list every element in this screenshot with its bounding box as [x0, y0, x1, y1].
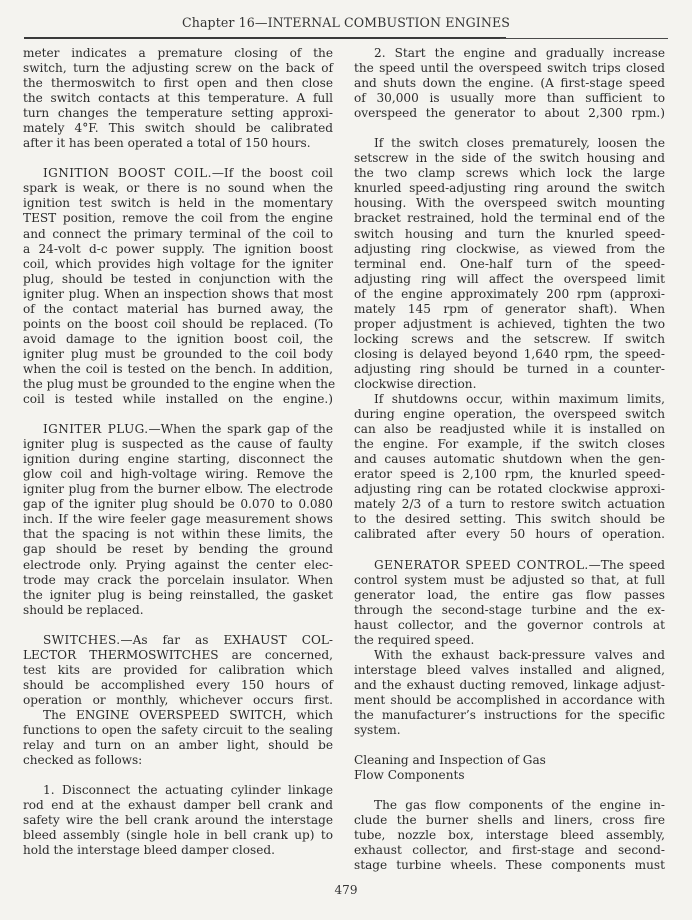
- section-heading: SWITCHES.: [43, 633, 121, 647]
- text-line: gap of the igniter plug should be 0.070 …: [23, 497, 333, 512]
- text-line: clude the burner shells and liners, cros…: [354, 813, 665, 828]
- section-igniter-plug: IGNITER PLUG.—When the spark gap of the …: [23, 422, 333, 618]
- text-line: should be replaced.: [23, 603, 333, 618]
- text-line: trode may crack the porcelain insulator.…: [23, 573, 333, 588]
- text-line: to the desired setting. This switch shou…: [354, 512, 665, 527]
- text-line: and shuts down the engine. (A first-stag…: [354, 76, 665, 91]
- text-line: mately 4°F. This switch should be calibr…: [23, 121, 333, 136]
- text-line: proper adjustment is achieved, tighten t…: [354, 317, 665, 332]
- text-line: avoid damage to the ignition boost coil,…: [23, 332, 333, 347]
- page-number: 479: [0, 883, 692, 897]
- text-line: adjusting ring should be turned in a cou…: [354, 362, 665, 377]
- text-line: locking screws and the setscrew. If swit…: [354, 332, 665, 347]
- text-line: 2. Start the engine and gradually increa…: [354, 46, 665, 61]
- text-line: of 30,000 is usually more than sufficien…: [354, 91, 665, 106]
- text-line: exhaust collector, and first-stage and s…: [354, 843, 665, 858]
- text-line: housing. With the overspeed switch mount…: [354, 196, 665, 211]
- text-line: should be accomplished every 150 hours o…: [23, 678, 333, 693]
- text-line: calibrated after every 50 hours of opera…: [354, 527, 665, 542]
- text-line: and the exhaust ducting removed, linkage…: [354, 678, 665, 693]
- paragraph-gap: [354, 543, 665, 558]
- text-line: during engine operation, the overspeed s…: [354, 407, 665, 422]
- text-line: and causes automatic shutdown when the g…: [354, 452, 665, 467]
- section-switches: SWITCHES.—As far as EXHAUST COL- LECTOR …: [23, 633, 333, 708]
- text-line: IGNITION BOOST COIL.—If the boost coil: [23, 166, 333, 181]
- paragraph-engine-overspeed-switch: The ENGINE OVERSPEED SWITCH, which funct…: [23, 708, 333, 768]
- running-head: Chapter 16—INTERNAL COMBUSTION ENGINES: [0, 15, 692, 30]
- text-line: points on the boost coil should be repla…: [23, 317, 333, 332]
- paragraph-gas-flow-components: The gas flow components of the engine in…: [354, 798, 665, 873]
- subheading-cleaning-inspection: Cleaning and Inspection of Gas Flow Comp…: [354, 753, 665, 783]
- text-line: switch housing and turn the knurled spee…: [354, 227, 665, 242]
- paragraph-shutdowns: If shutdowns occur, within maximum limit…: [354, 392, 665, 542]
- text-line: spark is weak, or there is no sound when…: [23, 181, 333, 196]
- text-line: system.: [354, 723, 665, 738]
- text-line: of the engine approximately 200 rpm (app…: [354, 287, 665, 302]
- right-column: 2. Start the engine and gradually increa…: [354, 46, 665, 873]
- text-line: glow coil and high-voltage wiring. Remov…: [23, 467, 333, 482]
- text-line: checked as follows:: [23, 753, 333, 768]
- text-line: that the spacing is not within these lim…: [23, 527, 333, 542]
- paragraph-gap: [354, 783, 665, 798]
- paragraph-thermoswitch-continued: meter indicates a premature closing of t…: [23, 46, 333, 151]
- paragraph-back-pressure-valves: With the exhaust back-pressure valves an…: [354, 648, 665, 738]
- text-run: —If the boost coil: [212, 166, 333, 180]
- subheading-line: Cleaning and Inspection of Gas: [354, 753, 665, 768]
- text-line: operation or monthly, whichever occurs f…: [23, 693, 333, 708]
- text-line: can also be readjusted while it is insta…: [354, 422, 665, 437]
- paragraph-gap: [23, 768, 333, 783]
- text-line: safety wire the bell crank around the in…: [23, 813, 333, 828]
- text-line: generator load, the entire gas flow pass…: [354, 588, 665, 603]
- paragraph-gap: [23, 407, 333, 422]
- text-line: the manufacturer’s instructions for the …: [354, 708, 665, 723]
- text-line: the switch contacts at this temperature.…: [23, 91, 333, 106]
- text-line: With the exhaust back-pressure valves an…: [354, 648, 665, 663]
- section-heading: GENERATOR SPEED CONTROL.: [374, 558, 589, 572]
- paragraph-gap: [23, 151, 333, 166]
- text-line: through the second-stage turbine and the…: [354, 603, 665, 618]
- section-heading: IGNITION BOOST COIL.: [43, 166, 212, 180]
- text-line: GENERATOR SPEED CONTROL.—The speed: [354, 558, 665, 573]
- text-run: —As far as EXHAUST COL-: [121, 633, 334, 647]
- text-line: interstage bleed valves installed and al…: [354, 663, 665, 678]
- step-2: 2. Start the engine and gradually increa…: [354, 46, 665, 121]
- text-line: coil is tested while installed on the en…: [23, 392, 333, 407]
- text-line: stage turbine wheels. These components m…: [354, 858, 665, 873]
- text-line: erator speed is 2,100 rpm, the knurled s…: [354, 467, 665, 482]
- text-line: If the switch closes prematurely, loosen…: [354, 136, 665, 151]
- text-line: the thermoswitch to first open and then …: [23, 76, 333, 91]
- text-line: when the coil is tested on the bench. In…: [23, 362, 333, 377]
- text-line: functions to open the safety circuit to …: [23, 723, 333, 738]
- text-line: of the contact material has burned away,…: [23, 302, 333, 317]
- text-line: adjusting ring clockwise, as viewed from…: [354, 242, 665, 257]
- text-run: —The speed: [589, 558, 665, 572]
- step-1: 1. Disconnect the actuating cylinder lin…: [23, 783, 333, 858]
- text-line: tube, nozzle box, interstage bleed assem…: [354, 828, 665, 843]
- text-line: mately 2/3 of a turn to restore switch a…: [354, 497, 665, 512]
- text-line: ment should be accomplished in accordanc…: [354, 693, 665, 708]
- text-line: The gas flow components of the engine in…: [354, 798, 665, 813]
- text-line: relay and turn on an amber light, should…: [23, 738, 333, 753]
- text-line: meter indicates a premature closing of t…: [23, 46, 333, 61]
- text-line: TEST position, remove the coil from the …: [23, 211, 333, 226]
- text-line: igniter plug from the burner elbow. The …: [23, 482, 333, 497]
- text-line: closing is delayed beyond 1,640 rpm, the…: [354, 347, 665, 362]
- text-line: haust collector, and the governor contro…: [354, 618, 665, 633]
- text-line: clockwise direction.: [354, 377, 665, 392]
- header-rule-right: [500, 38, 668, 40]
- subheading-line: Flow Components: [354, 768, 665, 783]
- left-column: meter indicates a premature closing of t…: [23, 46, 333, 858]
- section-ignition-boost-coil: IGNITION BOOST COIL.—If the boost coil s…: [23, 166, 333, 407]
- text-line: ignition during engine starting, disconn…: [23, 452, 333, 467]
- text-line: hold the interstage bleed damper closed.: [23, 843, 333, 858]
- text-line: turn changes the temperature setting app…: [23, 106, 333, 121]
- paragraph-gap: [354, 121, 665, 136]
- text-line: coil, which provides high voltage for th…: [23, 257, 333, 272]
- text-line: igniter plug must be grounded to the coi…: [23, 347, 333, 362]
- paragraph-gap: [354, 738, 665, 753]
- paragraph-gap: [23, 618, 333, 633]
- text-line: If shutdowns occur, within maximum limit…: [354, 392, 665, 407]
- text-line: overspeed the generator to about 2,300 r…: [354, 106, 665, 121]
- text-line: 1. Disconnect the actuating cylinder lin…: [23, 783, 333, 798]
- header-rule: [24, 37, 506, 39]
- text-line: control system must be adjusted so that,…: [354, 573, 665, 588]
- section-heading: IGNITER PLUG.: [43, 422, 149, 436]
- text-line: bleed assembly (single hole in bell cran…: [23, 828, 333, 843]
- book-page: Chapter 16—INTERNAL COMBUSTION ENGINES m…: [0, 0, 692, 920]
- text-line: adjusting ring can be rotated clockwise …: [354, 482, 665, 497]
- text-line: igniter plug is suspected as the cause o…: [23, 437, 333, 452]
- text-line: the engine. For example, if the switch c…: [354, 437, 665, 452]
- text-line: and connect the primary terminal of the …: [23, 227, 333, 242]
- text-line: inch. If the wire feeler gage measuremen…: [23, 512, 333, 527]
- text-line: plug, should be tested in conjunction wi…: [23, 272, 333, 287]
- text-line: bracket restrained, hold the terminal en…: [354, 211, 665, 226]
- text-line: knurled speed-adjusting ring around the …: [354, 181, 665, 196]
- text-line: electrode only. Prying against the cente…: [23, 558, 333, 573]
- text-line: the required speed.: [354, 633, 665, 648]
- text-line: setscrew in the side of the switch housi…: [354, 151, 665, 166]
- text-line: LECTOR THERMOSWITCHES are concerned,: [23, 648, 333, 663]
- text-line: mately 145 rpm of generator shaft). When: [354, 302, 665, 317]
- text-line: after it has been operated a total of 15…: [23, 136, 333, 151]
- text-line: adjusting ring will affect the overspeed…: [354, 272, 665, 287]
- text-line: the two clamp screws which lock the larg…: [354, 166, 665, 181]
- section-generator-speed-control: GENERATOR SPEED CONTROL.—The speed contr…: [354, 558, 665, 648]
- text-line: IGNITER PLUG.—When the spark gap of the: [23, 422, 333, 437]
- text-line: ignition test switch is held in the mome…: [23, 196, 333, 211]
- text-line: a 24-volt d-c power supply. The ignition…: [23, 242, 333, 257]
- paragraph-premature-closing: If the switch closes prematurely, loosen…: [354, 136, 665, 392]
- text-line: the plug must be grounded to the engine …: [23, 377, 333, 392]
- text-line: The ENGINE OVERSPEED SWITCH, which: [23, 708, 333, 723]
- text-line: rod end at the exhaust damper bell crank…: [23, 798, 333, 813]
- text-line: the speed until the overspeed switch tri…: [354, 61, 665, 76]
- text-line: test kits are provided for calibration w…: [23, 663, 333, 678]
- text-line: igniter plug. When an inspection shows t…: [23, 287, 333, 302]
- text-run: —When the spark gap of the: [149, 422, 333, 436]
- text-line: terminal end. One-half turn of the speed…: [354, 257, 665, 272]
- text-line: gap should be reset by bending the groun…: [23, 542, 333, 557]
- text-line: SWITCHES.—As far as EXHAUST COL-: [23, 633, 333, 648]
- text-line: switch, turn the adjusting screw on the …: [23, 61, 333, 76]
- text-line: the igniter plug is being reinstalled, t…: [23, 588, 333, 603]
